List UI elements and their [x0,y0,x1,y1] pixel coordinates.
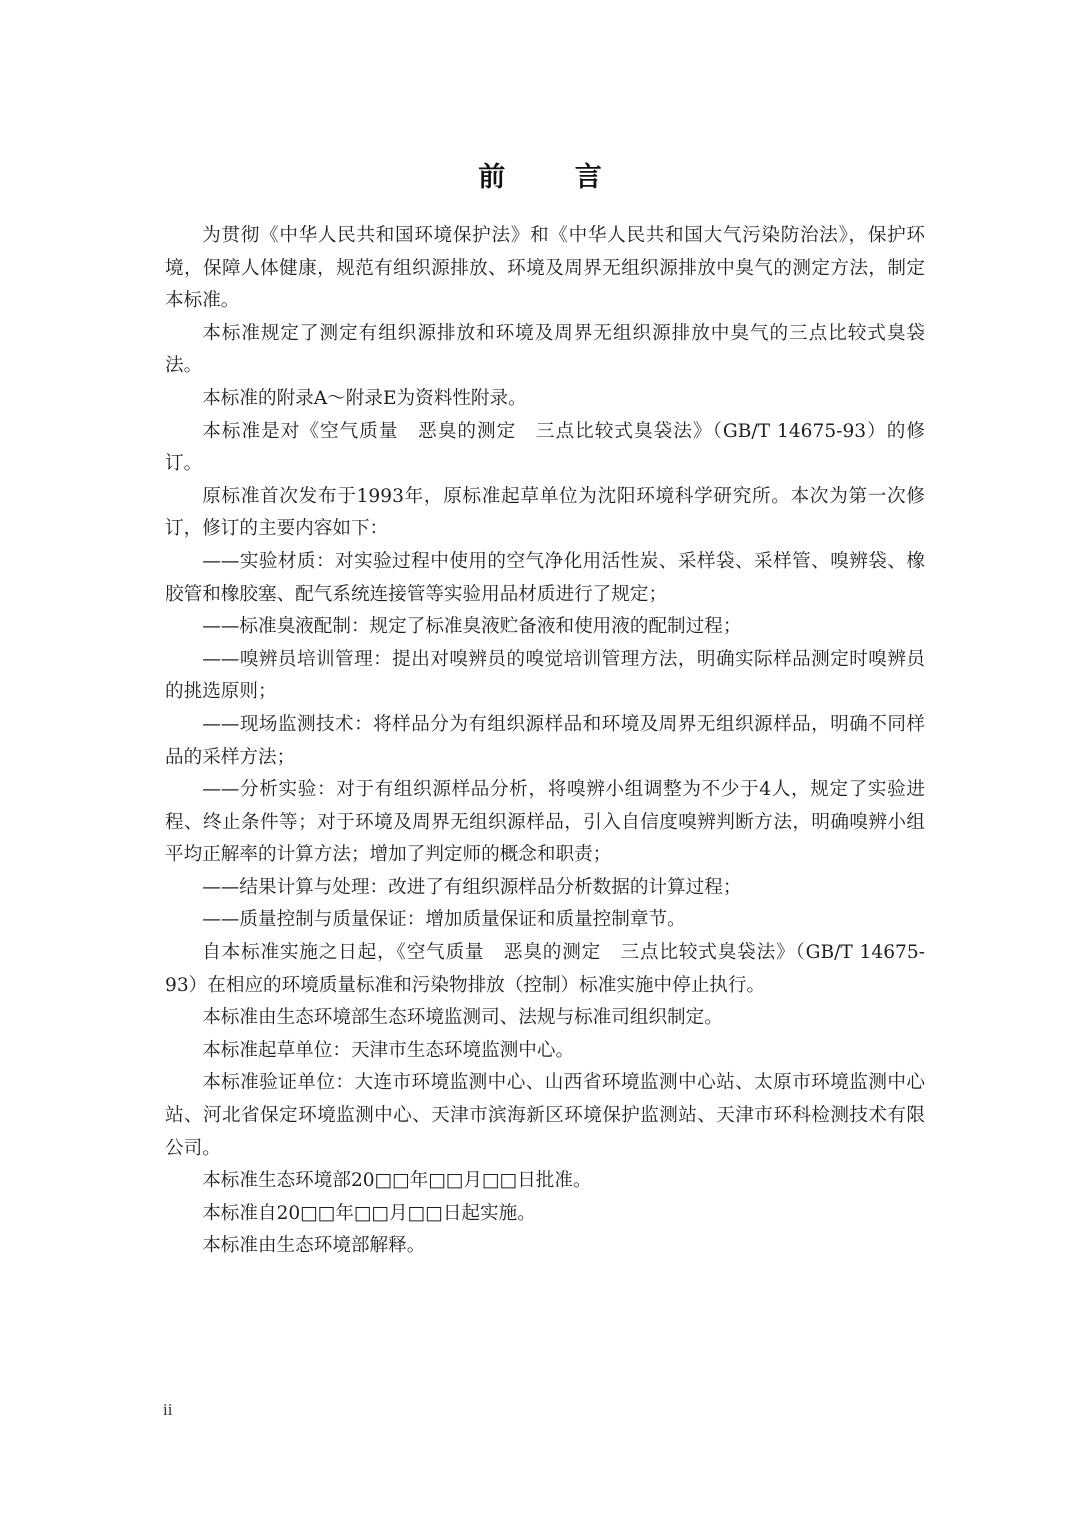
list-item-standard-solution: ——标准臭液配制：规定了标准臭液贮备液和使用液的配制过程； [165,611,925,644]
list-item-calculation: ——结果计算与处理：改进了有组织源样品分析数据的计算过程； [165,872,925,905]
paragraph-appendix: 本标准的附录A～附录E为资料性附录。 [165,383,925,416]
paragraph-drafting-unit: 本标准起草单位：天津市生态环境监测中心。 [165,1035,925,1068]
paragraph-purpose: 为贯彻《中华人民共和国环境保护法》和《中华人民共和国大气污染防治法》，保护环境，… [165,220,925,318]
paragraph-revision: 本标准是对《空气质量 恶臭的测定 三点比较式臭袋法》（GB/T 14675-93… [165,416,925,481]
paragraph-organizer: 本标准由生态环境部生态环境监测司、法规与标准司组织制定。 [165,1002,925,1035]
paragraph-verification-units: 本标准验证单位：大连市环境监测中心、山西省环境监测中心站、太原市环境监测中心站、… [165,1067,925,1165]
list-item-materials: ——实验材质：对实验过程中使用的空气净化用活性炭、采样袋、采样管、嗅辨袋、橡胶管… [165,546,925,611]
paragraph-history: 原标准首次发布于1993年，原标准起草单位为沈阳环境科学研究所。本次为第一次修订… [165,481,925,546]
page-number: ii [163,1400,172,1420]
list-item-quality-control: ——质量控制与质量保证：增加质量保证和质量控制章节。 [165,904,925,937]
foreword-body: 为贯彻《中华人民共和国环境保护法》和《中华人民共和国大气污染防治法》，保护环境，… [165,220,925,1263]
list-item-panelist-training: ——嗅辨员培训管理：提出对嗅辨员的嗅觉培训管理方法，明确实际样品测定时嗅辨员的挑… [165,644,925,709]
paragraph-scope: 本标准规定了测定有组织源排放和环境及周界无组织源排放中臭气的三点比较式臭袋法。 [165,318,925,383]
paragraph-approval-date: 本标准生态环境部20□□年□□月□□日批准。 [165,1165,925,1198]
document-page: 前 言 为贯彻《中华人民共和国环境保护法》和《中华人民共和国大气污染防治法》，保… [0,0,1080,1527]
list-item-analysis: ——分析实验：对于有组织源样品分析，将嗅辨小组调整为不少于4人，规定了实验进程、… [165,774,925,872]
list-item-field-monitoring: ——现场监测技术：将样品分为有组织源样品和环境及周界无组织源样品，明确不同样品的… [165,709,925,774]
paragraph-interpretation: 本标准由生态环境部解释。 [165,1230,925,1263]
paragraph-supersede: 自本标准实施之日起，《空气质量 恶臭的测定 三点比较式臭袋法》（GB/T 146… [165,937,925,1002]
page-title: 前 言 [0,155,1080,194]
paragraph-effective-date: 本标准自20□□年□□月□□日起实施。 [165,1198,925,1231]
